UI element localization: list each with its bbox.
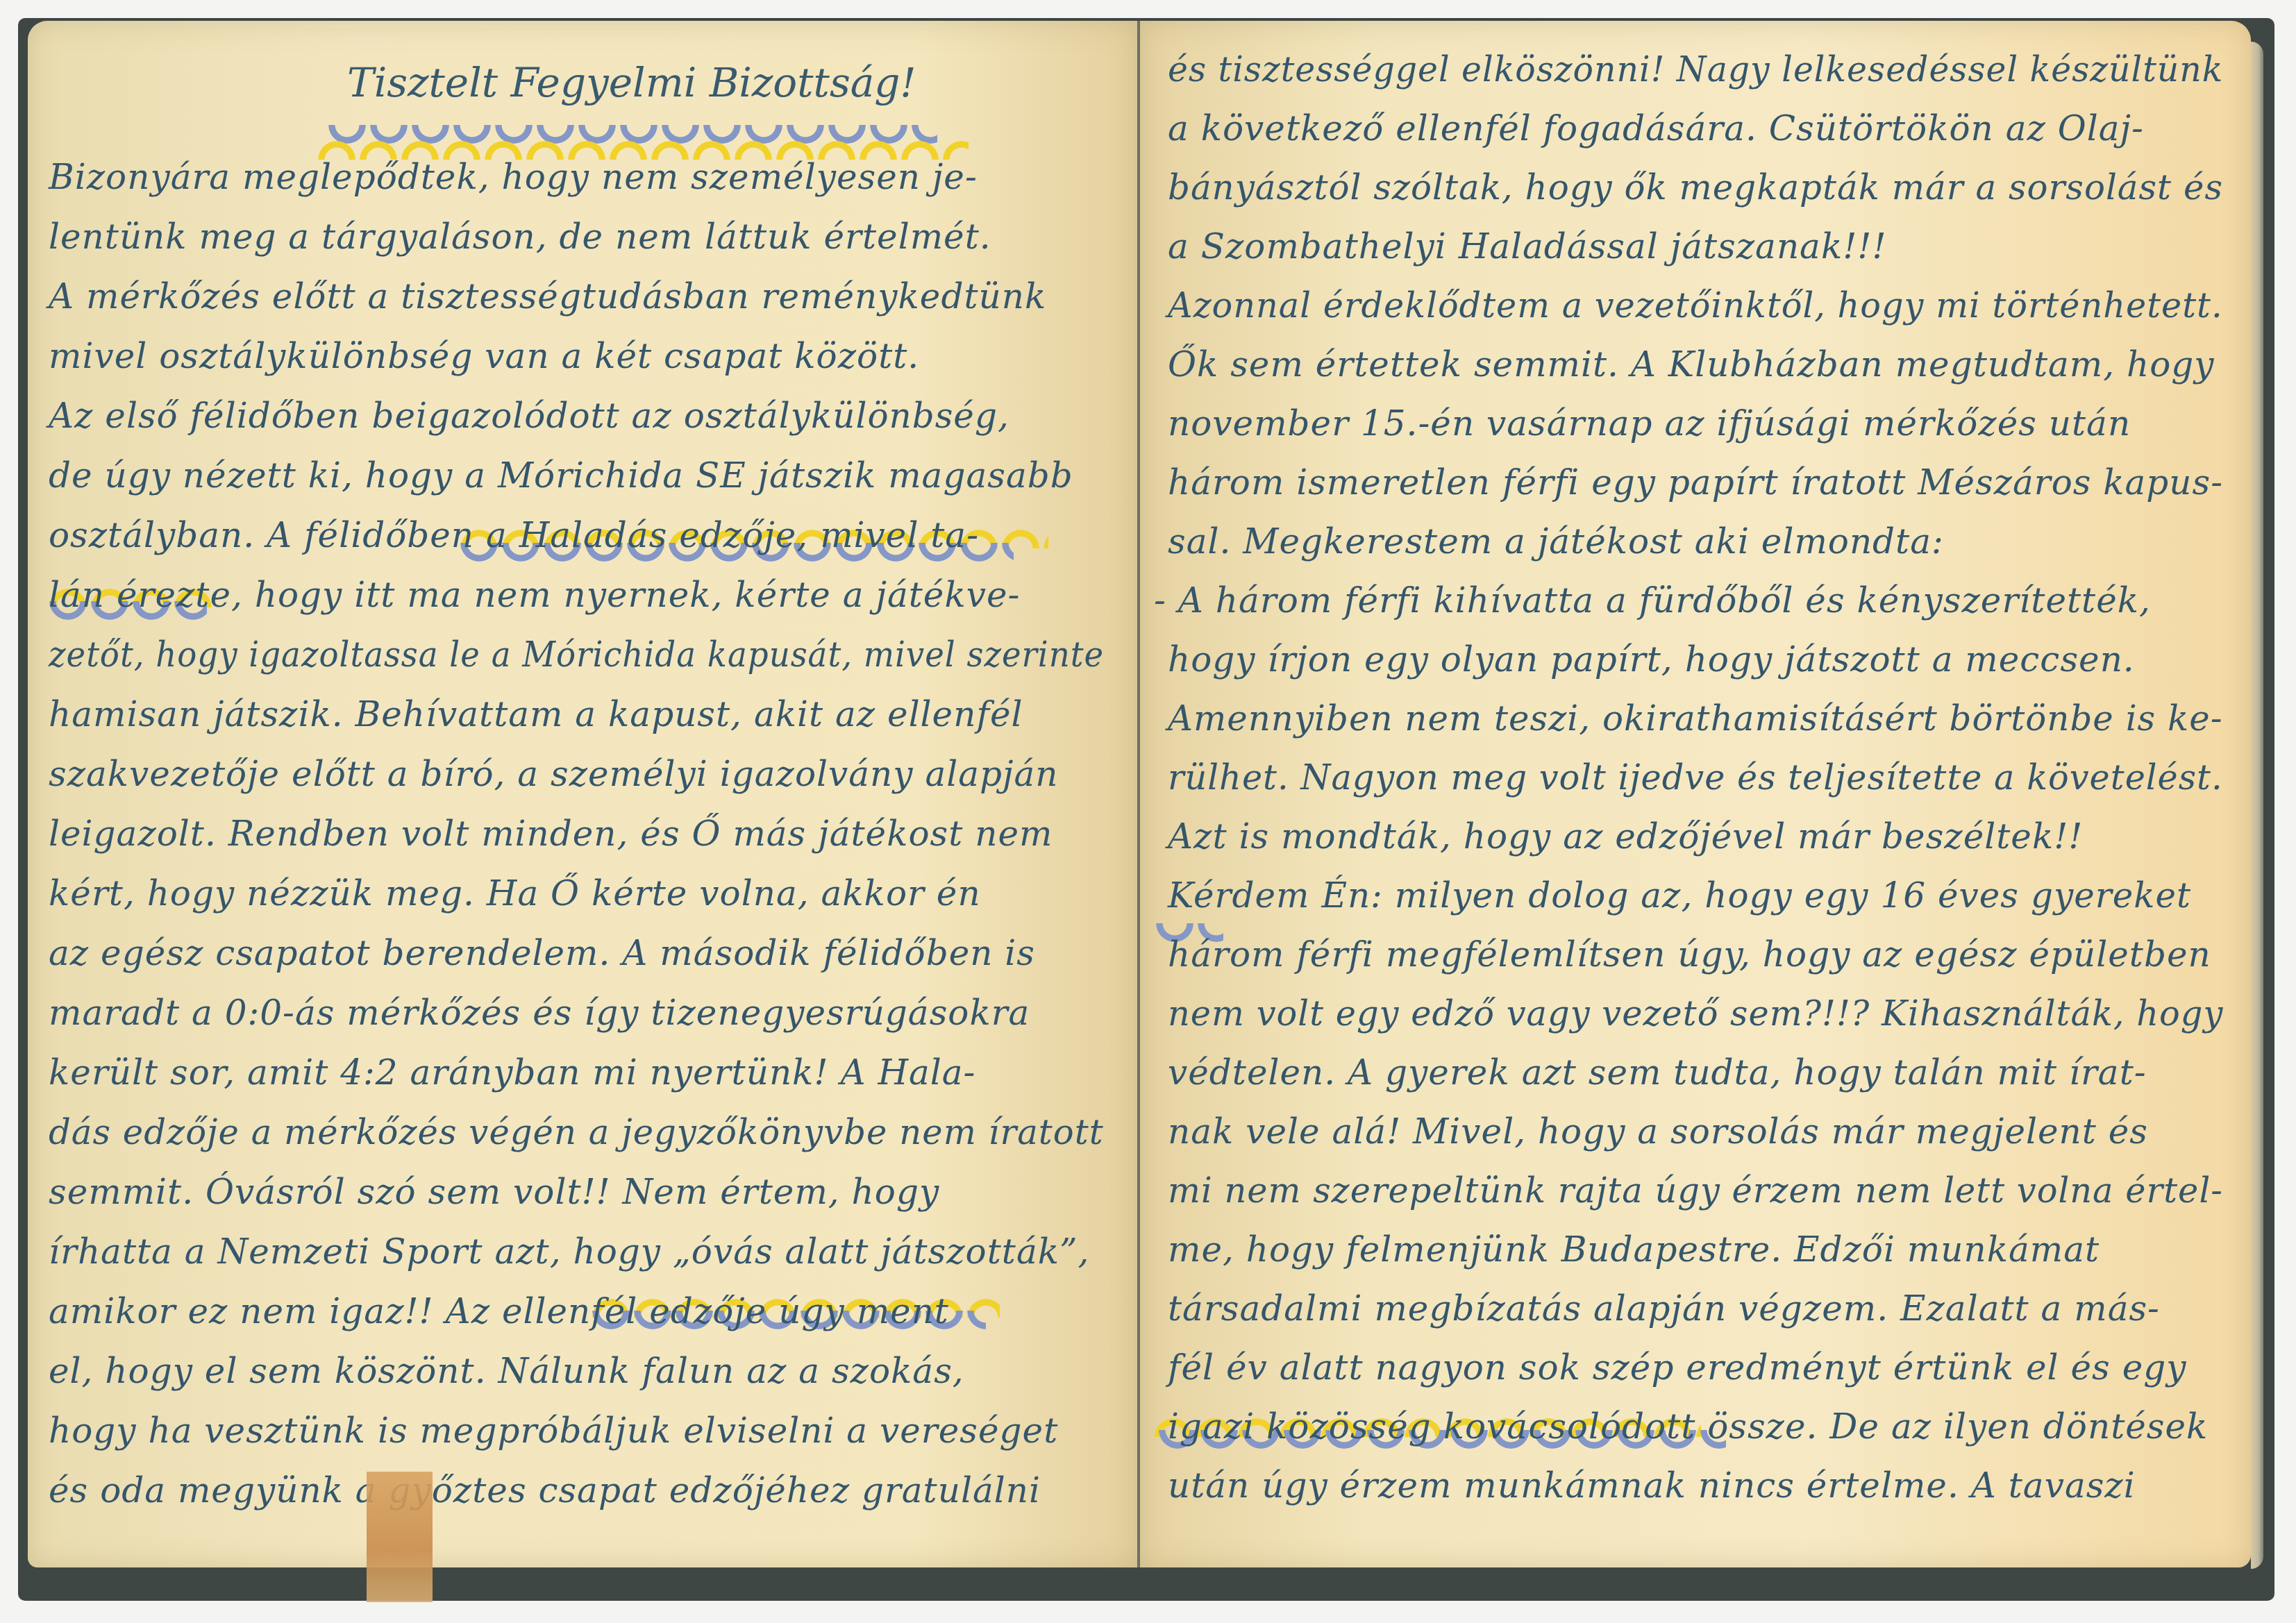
letter-line: az egész csapatot berendelem. A második … — [49, 936, 1035, 970]
right-page: és tisztességgel elköszönni! Nagy lelkes… — [1140, 21, 2251, 1567]
letter-line: három ismeretlen férfi egy papírt íratot… — [1168, 465, 2223, 500]
letter-line: társadalmi megbízatás alapján végzem. Ez… — [1168, 1291, 2160, 1326]
letter-line: mivel osztálykülönbség van a két csapat … — [49, 339, 919, 373]
letter-line: sal. Megkerestem a játékost aki elmondta… — [1168, 524, 1944, 559]
letter-line: nem volt egy edző vagy vezető sem?!!? Ki… — [1168, 996, 2223, 1031]
letter-line: Azt is mondták, hogy az edzőjével már be… — [1168, 819, 2083, 854]
letter-line: Ők sem értettek semmit. A Klubházban meg… — [1168, 347, 2215, 382]
letter-line: kért, hogy nézzük meg. Ha Ő kérte volna,… — [49, 876, 981, 911]
letter-line: Az első félidőben beigazolódott az osztá… — [49, 398, 1009, 433]
letter-line: Bizonyára meglepődtek, hogy nem személye… — [49, 160, 978, 194]
letter-line: nak vele alá! Mivel, hogy a sorsolás már… — [1168, 1114, 2148, 1149]
letter-line: semmit. Óvásról szó sem volt!! Nem értem… — [49, 1175, 939, 1209]
letter-line: lentünk meg a tárgyaláson, de nem láttuk… — [49, 219, 991, 254]
letter-line: a Szombathelyi Haladással játszanak!!! — [1168, 229, 1887, 264]
letter-line: de úgy nézett ki, hogy a Mórichida SE já… — [49, 458, 1073, 493]
letter-line: november 15.-én vasárnap az ifjúsági mér… — [1168, 406, 2131, 441]
letter-line: hogy írjon egy olyan papírt, hogy játszo… — [1168, 642, 2135, 677]
letter-line: lán érezte, hogy itt ma nem nyernek, kér… — [49, 578, 1020, 612]
letter-line: maradt a 0:0-ás mérkőzés és így tizenegy… — [49, 995, 1030, 1030]
letter-line: amikor ez nem igaz!! Az ellenfél edzője … — [49, 1294, 949, 1329]
letter-salutation: Tisztelt Fegyelmi Bizottság! — [347, 59, 916, 106]
letter-line: Azonnal érdeklődtem a vezetőinktől, hogy… — [1168, 288, 2223, 323]
letter-line: hamisan játszik. Behívattam a kapust, ak… — [49, 697, 1023, 732]
left-page: Tisztelt Fegyelmi Bizottság! Bizonyára m… — [28, 21, 1139, 1567]
letter-line: és tisztességgel elköszönni! Nagy lelkes… — [1168, 52, 2223, 87]
letter-line: - A három férfi kihívatta a fürdőből és … — [1154, 583, 2151, 618]
letter-line: három férfi megfélemlítsen úgy, hogy az … — [1168, 937, 2211, 972]
letter-line: védtelen. A gyerek azt sem tudta, hogy t… — [1168, 1055, 2147, 1090]
page-stack-edge — [2251, 42, 2263, 1569]
letter-line: osztályban. A félidőben a Haladás edzője… — [49, 518, 979, 553]
letter-line: Kérdem Én: milyen dolog az, hogy egy 16 … — [1168, 878, 2191, 913]
letter-line: Amennyiben nem teszi, okirathamisításért… — [1168, 701, 2223, 736]
letter-line: A mérkőzés előtt a tisztességtudásban re… — [49, 279, 1046, 314]
letter-line: fél év alatt nagyon sok szép eredményt é… — [1168, 1350, 2186, 1385]
letter-line: bányásztól szóltak, hogy ők megkapták má… — [1168, 170, 2223, 205]
letter-line: után úgy érzem munkámnak nincs értelme. … — [1168, 1468, 2136, 1503]
letter-line: és oda megyünk a győztes csapat edzőjéhe… — [49, 1473, 1041, 1508]
adhesive-tape-strip — [367, 1472, 433, 1602]
letter-line: került sor, amit 4:2 arányban mi nyertün… — [49, 1055, 976, 1090]
letter-line: szakvezetője előtt a bíró, a személyi ig… — [49, 757, 1059, 791]
letter-line: leigazolt. Rendben volt minden, és Ő más… — [49, 816, 1053, 851]
letter-line: me, hogy felmenjünk Budapestre. Edzői mu… — [1168, 1232, 2100, 1267]
letter-line: a következő ellenfél fogadására. Csütört… — [1168, 111, 2144, 146]
letter-line: hogy ha vesztünk is megpróbáljuk elvisel… — [49, 1413, 1058, 1448]
letter-line: mi nem szerepeltünk rajta úgy érzem nem … — [1168, 1173, 2223, 1208]
letter-line: írhatta a Nemzeti Sport azt, hogy „óvás … — [49, 1234, 1089, 1269]
letter-line: el, hogy el sem köszönt. Nálunk falun az… — [49, 1354, 964, 1388]
letter-line: igazi közösség kovácsolódott össze. De a… — [1168, 1409, 2208, 1444]
letter-line: zetőt, hogy igazoltassa le a Mórichida k… — [49, 637, 1104, 672]
letter-line: rülhet. Nagyon meg volt ijedve és teljes… — [1168, 760, 2223, 795]
letter-line: dás edzője a mérkőzés végén a jegyzőköny… — [49, 1115, 1104, 1150]
